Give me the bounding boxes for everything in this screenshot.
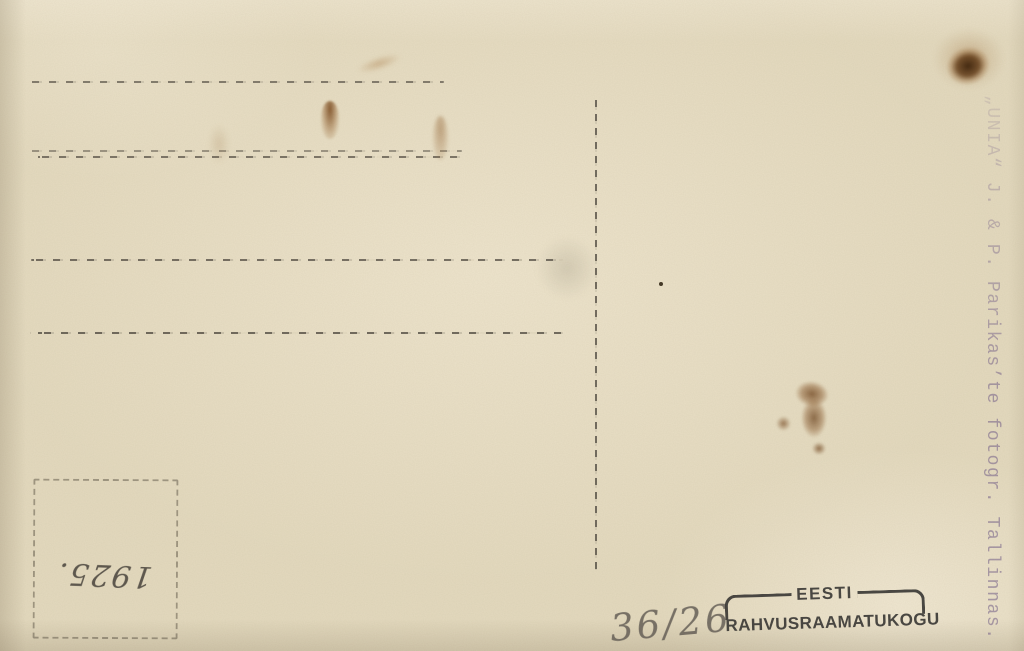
stain-drip-upper-left: [321, 101, 339, 139]
ink-speck: [659, 282, 663, 286]
stain-mid-right-dot-left: [776, 416, 791, 431]
stain-streak-line1: [355, 50, 403, 77]
stain-mid-right-dot-bottom: [812, 442, 826, 455]
stamp-country-label: EESTI: [796, 584, 853, 603]
library-stamp: EESTI RAHVUSRAAMATUKOGU: [724, 582, 925, 636]
stain-faint-upper-left: [208, 124, 230, 164]
address-line-4: [30, 332, 563, 334]
address-line-2: [30, 150, 462, 152]
photographer-imprint: „UNIA“ J. & P. Parikas’te fotogr. Tallin…: [982, 95, 1002, 640]
postcard-back: 1925. 36/26 EESTI RAHVUSRAAMATUKOGU „UNI…: [0, 0, 1024, 651]
handwritten-number: 36/26: [608, 597, 733, 650]
divider-line: [595, 100, 597, 570]
address-line-1: [30, 81, 444, 83]
stain-streak-line2: [433, 116, 448, 160]
smudge-near-divider: [536, 236, 598, 300]
stain-mid-right-blob-bottom: [801, 398, 827, 438]
address-line-3: [31, 259, 563, 261]
address-line-2b: [33, 156, 462, 158]
handwritten-year: 1925.: [37, 544, 173, 594]
